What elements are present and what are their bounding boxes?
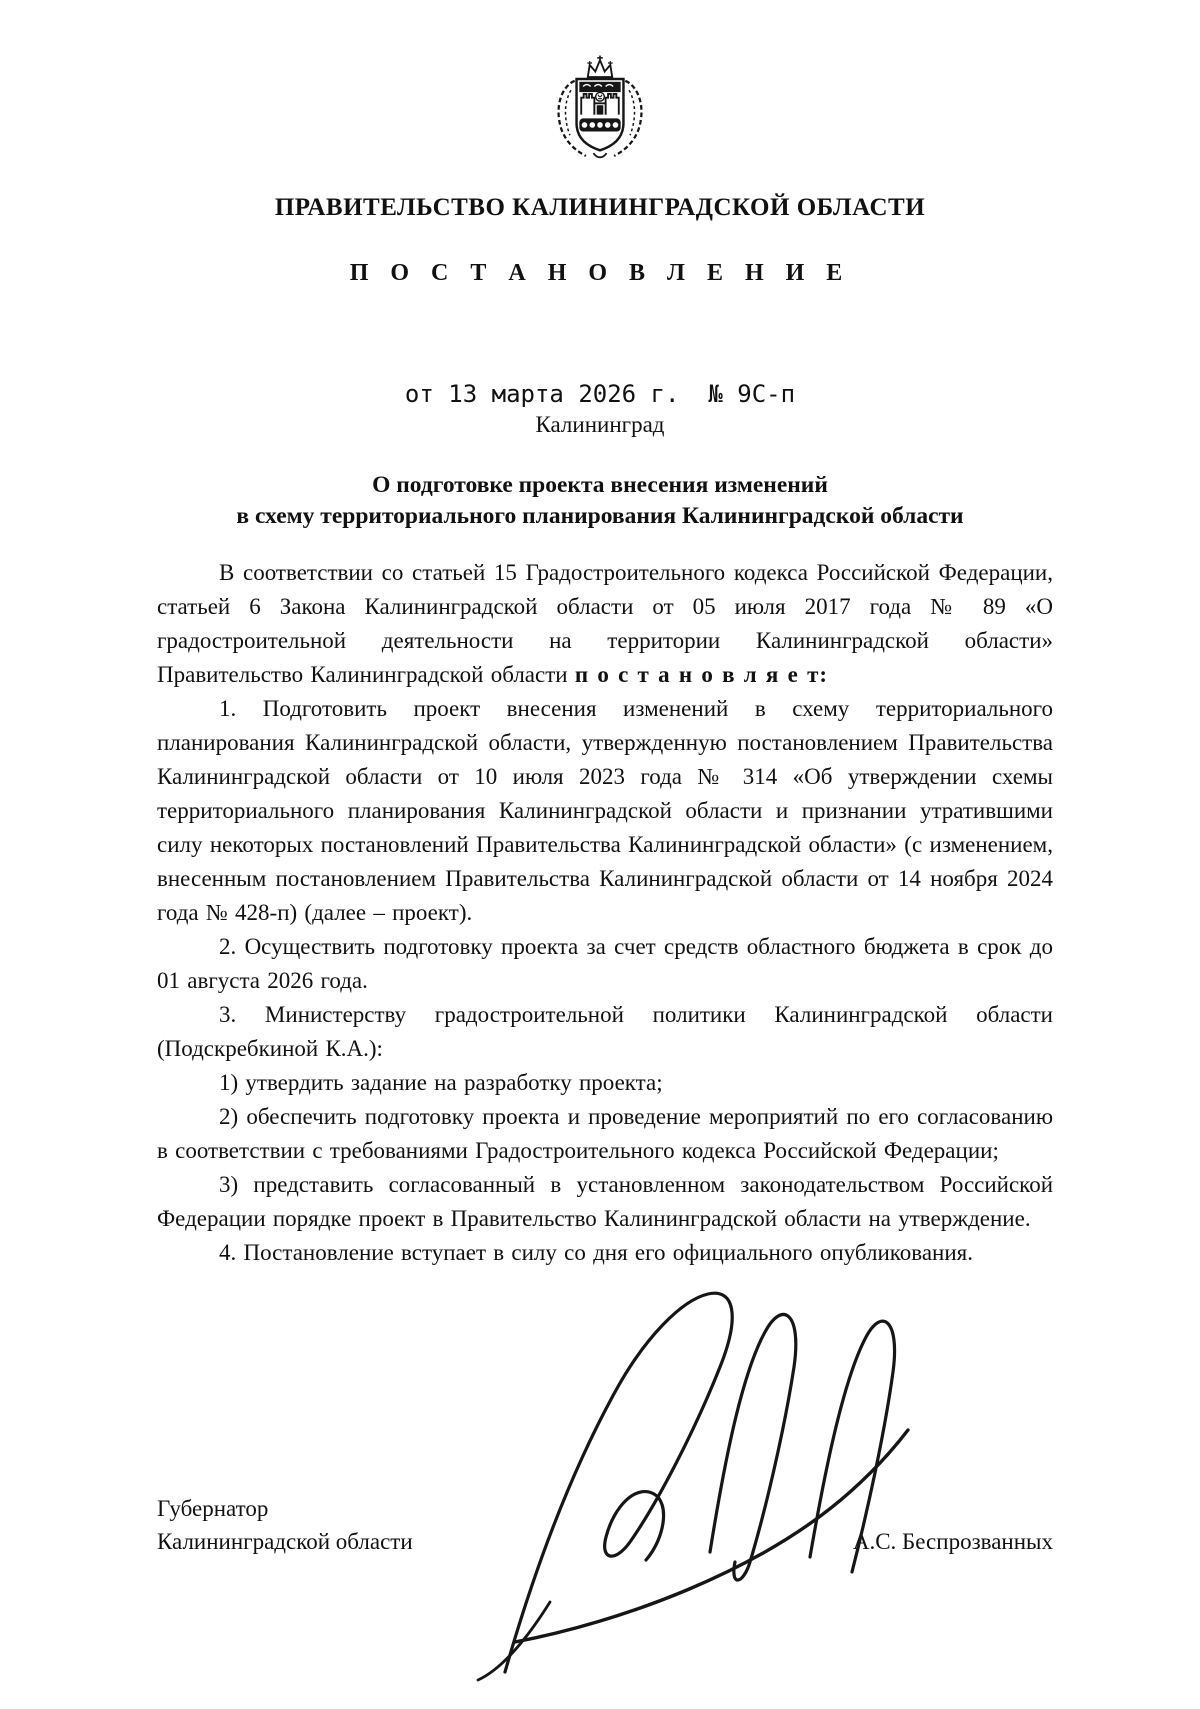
- coat-of-arms-icon: [539, 52, 661, 166]
- signer-position-line2: Калининградской области: [157, 1525, 413, 1558]
- document-title: О подготовке проекта внесения изменений …: [100, 470, 1100, 532]
- paragraph-3-sub-3: 3) представить согласованный в установле…: [157, 1168, 1053, 1236]
- paragraph-3: 3. Министерству градостроительной полити…: [157, 998, 1053, 1066]
- issuing-authority: ПРАВИТЕЛЬСТВО КАЛИНИНГРАДСКОЙ ОБЛАСТИ: [0, 194, 1200, 222]
- handwritten-signature: [430, 1272, 930, 1692]
- document-body: В соответствии со статьей 15 Градостроит…: [157, 556, 1053, 1270]
- document-page: ПРАВИТЕЛЬСТВО КАЛИНИНГРАДСКОЙ ОБЛАСТИ П …: [0, 0, 1200, 1709]
- document-title-line1: О подготовке проекта внесения изменений: [100, 470, 1100, 501]
- signer-position-line1: Губернатор: [157, 1492, 413, 1525]
- decree-word: п о с т а н о в л я е т:: [575, 662, 828, 687]
- paragraph-3-sub-1: 1) утвердить задание на разработку проек…: [157, 1066, 1053, 1100]
- document-title-line2: в схему территориального планирования Ка…: [100, 501, 1100, 532]
- date-number-line: от 13 марта 2026 г. № 9С-п: [0, 380, 1200, 408]
- coat-of-arms: [539, 52, 661, 166]
- preamble-paragraph: В соответствии со статьей 15 Градостроит…: [157, 556, 1053, 692]
- document-type: П О С Т А Н О В Л Е Н И Е: [0, 260, 1200, 287]
- city-line: Калининград: [0, 412, 1200, 438]
- signature-block: Губернатор Калининградской области А.С. …: [157, 1492, 1053, 1558]
- paragraph-2: 2. Осуществить подготовку проекта за сче…: [157, 930, 1053, 998]
- signer-position: Губернатор Калининградской области: [157, 1492, 413, 1558]
- paragraph-1: 1. Подготовить проект внесения изменений…: [157, 692, 1053, 930]
- signer-name: А.С. Беспрозванных: [853, 1525, 1053, 1558]
- paragraph-4: 4. Постановление вступает в силу со дня …: [157, 1236, 1053, 1270]
- paragraph-3-sub-2: 2) обеспечить подготовку проекта и прове…: [157, 1100, 1053, 1168]
